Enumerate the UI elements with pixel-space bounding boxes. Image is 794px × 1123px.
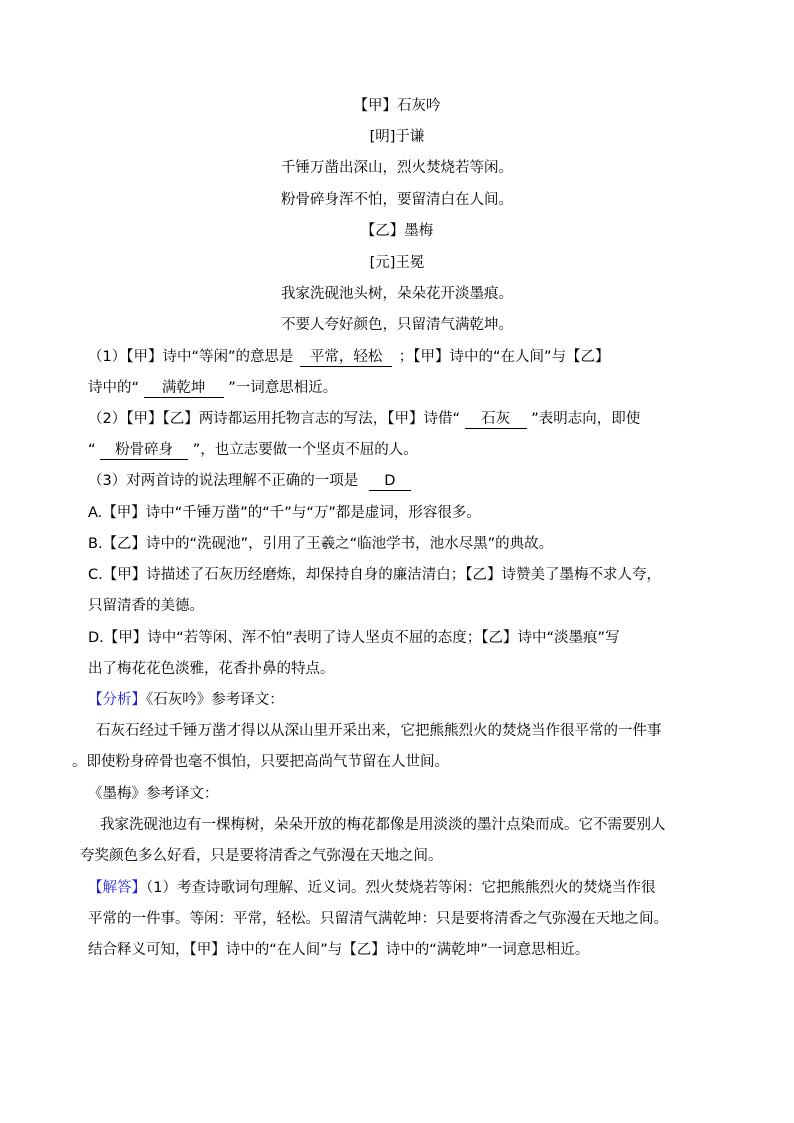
question-3-line: （3）对两首诗的说法理解不正确的一项是 D [88, 471, 411, 491]
poem-yi-author: [元]王冕 [0, 253, 794, 273]
question-1-text-2-cont: ”一词意思相近。 [228, 380, 337, 396]
poem-yi-line-2: 不要人夸好颜色，只留清气满乾坤。 [0, 315, 794, 335]
question-1-text: （1）【甲】诗中“等闲”的意思是 [88, 349, 294, 365]
option-c-line-2: 只留清香的美德。 [88, 596, 204, 616]
option-b: B.【乙】诗中的“洗砚池”，引用了王羲之“临池学书，池水尽黑”的典故。 [88, 534, 553, 554]
option-d-line-2: 出了梅花花色淡雅，花香扑鼻的特点。 [88, 659, 335, 679]
question-1-answer-2: 满乾坤 [144, 380, 224, 398]
analysis-para-1-line-2: 。即使粉身碎骨也毫不惧怕，只要把高尚气节留在人世间。 [72, 752, 449, 772]
question-2-line-2: “ 粉骨碎身 ”，也立志要做一个坚贞不屈的人。 [88, 440, 418, 460]
analysis-heading-1-text: 《石灰吟》参考译文： [146, 692, 284, 708]
option-c-line-1: C.【甲】诗描述了石灰历经磨炼，却保持自身的廉洁清白；【乙】诗赞美了墨梅不求人夸… [88, 565, 661, 585]
answer-line-2: 平常的一件事。等闲：平常，轻松。只留清气满乾坤：只是要将清香之气弥漫在天地之间。 [88, 909, 668, 929]
question-1-line-2: 诗中的“ 满乾坤 ”一词意思相近。 [88, 378, 337, 398]
poem-jia-author: [明]于谦 [0, 127, 794, 147]
analysis-tag: 【分析】 [88, 692, 146, 708]
answer-line-3: 结合释义可知，【甲】诗中的“在人间”与【乙】诗中的“满乾坤”一词意思相近。 [88, 940, 589, 960]
analysis-heading-1: 【分析】《石灰吟》参考译文： [88, 690, 284, 710]
analysis-para-2-line-1: 我家洗砚池边有一棵梅树，朵朵开放的梅花都像是用淡淡的墨汁点染而成。它不需要别人 [100, 815, 666, 835]
answer-line-1: 【解答】（1）考查诗歌词句理解、近义词。烈火焚烧若等闲：它把熊熊烈火的焚烧当作很 [88, 878, 655, 898]
poem-yi-line-1: 我家洗砚池头树，朵朵花开淡墨痕。 [0, 284, 794, 304]
question-2-text-2: “ [88, 442, 96, 458]
analysis-heading-2: 《墨梅》参考译文： [88, 784, 219, 804]
poem-jia-line-1: 千锤万凿出深山，烈火焚烧若等闲。 [0, 158, 794, 178]
document-page: 【甲】石灰吟 [明]于谦 千锤万凿出深山，烈火焚烧若等闲。 粉骨碎身浑不怕，要留… [0, 0, 794, 1123]
question-1-text-cont: ；【甲】诗中的“在人间”与【乙】 [399, 349, 610, 365]
poem-jia-line-2: 粉骨碎身浑不怕，要留清白在人间。 [0, 190, 794, 210]
option-d-line-1: D.【甲】诗中“若等闲、浑不怕”表明了诗人坚贞不屈的态度；【乙】诗中“淡墨痕”写 [88, 628, 620, 648]
option-a: A.【甲】诗中“千锤万凿”的“千”与“万”都是虚词，形容很多。 [88, 503, 481, 523]
question-3-answer: D [369, 473, 411, 491]
question-2-answer-1: 石灰 [465, 411, 527, 429]
question-1-answer-1: 平常，轻松 [300, 349, 392, 367]
question-1-line-1: （1）【甲】诗中“等闲”的意思是 平常，轻松 ；【甲】诗中的“在人间”与【乙】 [88, 347, 610, 367]
analysis-para-2-line-2: 夸奖颜色多么好看，只是要将清香之气弥漫在天地之间。 [80, 846, 443, 866]
question-3-text: （3）对两首诗的说法理解不正确的一项是 [88, 473, 358, 489]
question-2-text-2-cont: ”，也立志要做一个坚贞不屈的人。 [193, 442, 418, 458]
question-2-text: （2）【甲】【乙】两诗都运用托物言志的写法，【甲】诗借“ [88, 411, 460, 427]
question-1-text-2: 诗中的“ [88, 380, 139, 396]
answer-tag: 【解答】 [88, 880, 146, 896]
poem-jia-title: 【甲】石灰吟 [0, 96, 794, 116]
poem-yi-title: 【乙】墨梅 [0, 221, 794, 241]
question-2-text-cont: ”表明志向，即使 [531, 411, 640, 427]
question-2-line-1: （2）【甲】【乙】两诗都运用托物言志的写法，【甲】诗借“ 石灰 ”表明志向，即使 [88, 409, 640, 429]
analysis-para-1-line-1: 石灰石经过千锤万凿才得以从深山里开采出来，它把熊熊烈火的焚烧当作很平常的一件事 [96, 721, 662, 741]
question-2-answer-2: 粉骨碎身 [100, 442, 188, 460]
answer-line-1-text: （1）考查诗歌词句理解、近义词。烈火焚烧若等闲：它把熊熊烈火的焚烧当作很 [146, 880, 655, 896]
